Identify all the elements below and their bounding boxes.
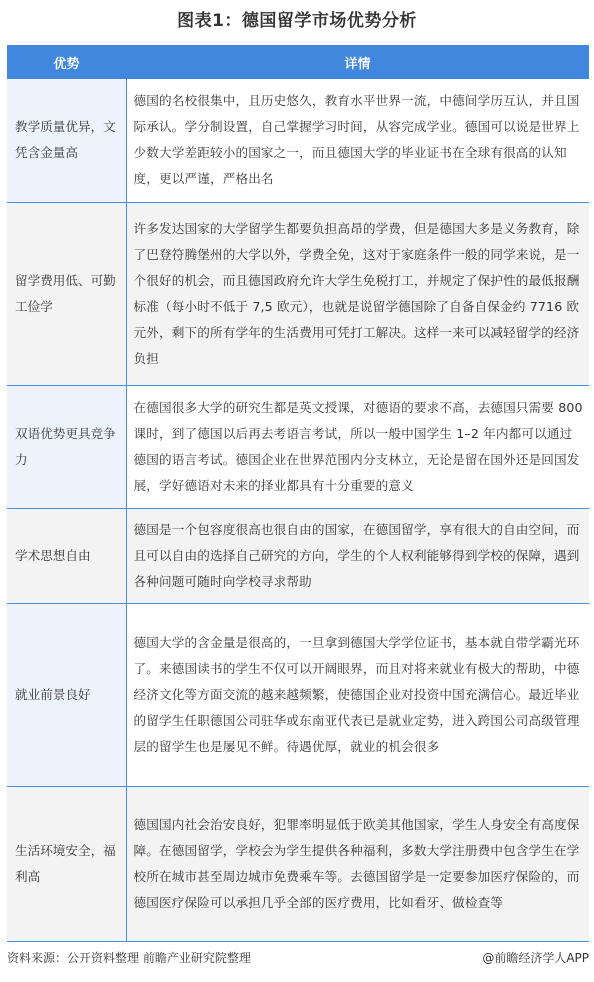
advantage-cell: 留学费用低、可勤工俭学 [7, 202, 126, 385]
detail-cell: 德国是一个包容度很高也很自由的国家，在德国留学，享有很大的自由空间，而且可以自由… [126, 508, 589, 603]
advantage-cell: 双语优势更具竞争力 [7, 385, 126, 508]
advantage-cell: 就业前景良好 [7, 603, 126, 786]
advantage-cell: 教学质量优异，文凭含金量高 [7, 79, 126, 202]
table-header-row: 优势 详情 [7, 45, 589, 79]
table-row: 留学费用低、可勤工俭学 许多发达国家的大学留学生都要负担高昂的学费，但是德国大多… [7, 202, 589, 385]
advantage-cell: 生活环境安全，福利高 [7, 786, 126, 941]
detail-cell: 德国的名校很集中，且历史悠久，教育水平世界一流，中德间学历互认，并且国际承认。学… [126, 79, 589, 202]
table-row: 学术思想自由 德国是一个包容度很高也很自由的国家，在德国留学，享有很大的自由空间… [7, 508, 589, 603]
advantage-cell: 学术思想自由 [7, 508, 126, 603]
detail-text: 德国大学的含金量是很高的，一旦拿到德国大学学位证书，基本就自带学霸光环了。来德国… [134, 626, 584, 764]
header-advantage: 优势 [7, 45, 126, 79]
detail-cell: 德国大学的含金量是很高的，一旦拿到德国大学学位证书，基本就自带学霸光环了。来德国… [126, 603, 589, 786]
detail-cell: 许多发达国家的大学留学生都要负担高昂的学费，但是德国大多是义务教育，除了巴登符腾… [126, 202, 589, 385]
advantage-table: 优势 详情 教学质量优异，文凭含金量高 德国的名校很集中，且历史悠久，教育水平世… [7, 45, 589, 942]
detail-text: 德国国内社会治安良好，犯罪率明显低于欧美其他国家，学生人身安全有高度保障。在德国… [134, 808, 584, 920]
figure-title: 图表1：德国留学市场优势分析 [0, 8, 594, 34]
credit-note: @前瞻经济学人APP [482, 950, 589, 966]
table-row: 生活环境安全，福利高 德国国内社会治安良好，犯罪率明显低于欧美其他国家，学生人身… [7, 786, 589, 941]
table-row: 就业前景良好 德国大学的含金量是很高的，一旦拿到德国大学学位证书，基本就自带学霸… [7, 603, 589, 786]
footer: 资料来源：公开资料整理 前瞻产业研究院整理 @前瞻经济学人APP [7, 950, 589, 966]
table-row: 双语优势更具竞争力 在德国很多大学的研究生都是英文授课，对德语的要求不高，去德国… [7, 385, 589, 508]
detail-text: 在德国很多大学的研究生都是英文授课，对德语的要求不高，去德国只需要 800 课时… [134, 391, 584, 503]
table-row: 教学质量优异，文凭含金量高 德国的名校很集中，且历史悠久，教育水平世界一流，中德… [7, 79, 589, 202]
detail-cell: 在德国很多大学的研究生都是英文授课，对德语的要求不高，去德国只需要 800 课时… [126, 385, 589, 508]
detail-cell: 德国国内社会治安良好，犯罪率明显低于欧美其他国家，学生人身安全有高度保障。在德国… [126, 786, 589, 941]
source-note: 资料来源：公开资料整理 前瞻产业研究院整理 [7, 950, 251, 966]
detail-text: 德国的名校很集中，且历史悠久，教育水平世界一流，中德间学历互认，并且国际承认。学… [134, 84, 584, 196]
detail-text: 许多发达国家的大学留学生都要负担高昂的学费，但是德国大多是义务教育，除了巴登符腾… [134, 212, 584, 376]
header-detail: 详情 [126, 45, 589, 79]
detail-text: 德国是一个包容度很高也很自由的国家，在德国留学，享有很大的自由空间，而且可以自由… [134, 513, 584, 599]
